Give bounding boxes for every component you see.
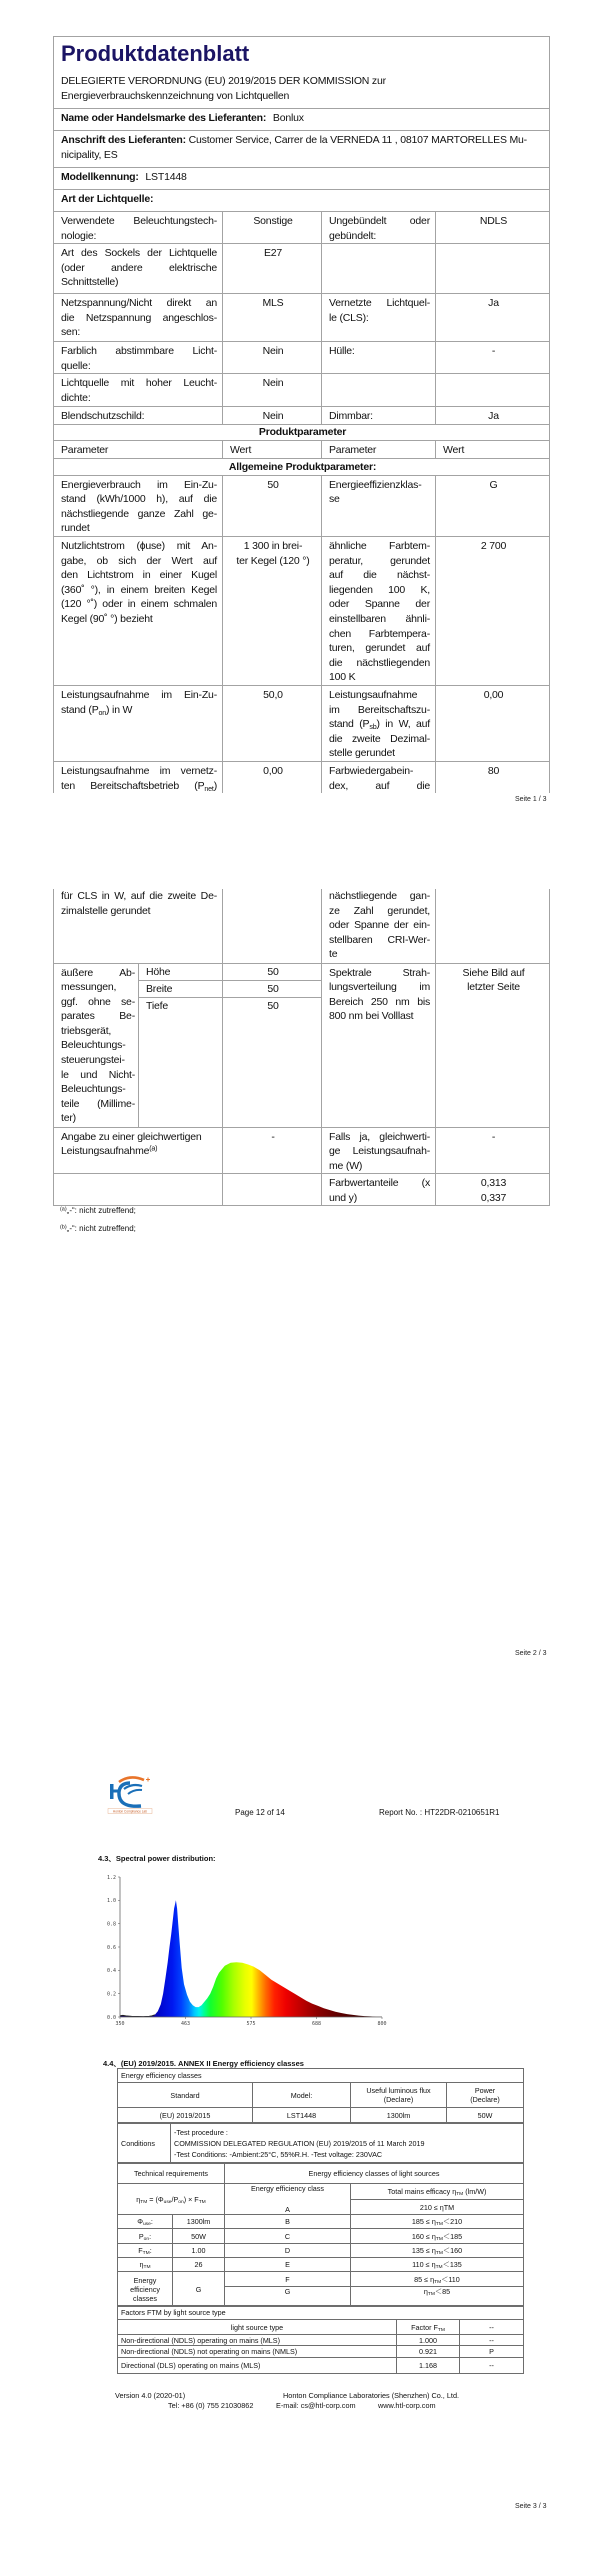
param-label: Leistungsaufnahme im Ein-Zu-stand (Pon) … — [54, 685, 223, 761]
honton-logo: Honton Compliance Lab — [106, 1773, 154, 1815]
footer-phone: Tel: +86 (0) 755 21030862 — [168, 2401, 253, 2410]
param-label — [322, 374, 436, 406]
param-label — [54, 1174, 223, 1206]
param-label: Farbwiedergabein-dex, auf die — [322, 761, 436, 793]
param-label — [322, 244, 436, 294]
class-letter: E — [225, 2258, 351, 2272]
footer-company: Honton Compliance Laboratories (Shenzhen… — [283, 2391, 459, 2400]
param-value — [223, 1174, 322, 1206]
param-label: Farblich abstimmbare Licht-quelle: — [54, 342, 223, 374]
x-tick-label: 575 — [246, 2021, 255, 2027]
efficacy-formula: ηTM = (Φuse/Pon) × FTM — [118, 2184, 225, 2215]
conditions-label: Conditions — [118, 2123, 171, 2164]
spectral-distribution-value: Siehe Bild aufletzter Seite — [436, 963, 550, 1127]
light-source-row: Lichtquelle mit hoher Leucht-dichte: Nei… — [54, 374, 550, 406]
param-value: 1 300 in brei-ter Kegel (120 °) — [223, 536, 322, 685]
ftm-factors-table: Factors FTM by light source type light s… — [117, 2305, 524, 2374]
param-label: nächstliegende gan-ze Zahl gerundet,oder… — [322, 889, 436, 963]
y-tick-label: 1.2 — [107, 1875, 116, 1881]
param-label: Farbwertanteile (xund y) — [322, 1174, 436, 1206]
y-tick-label: 1.0 — [107, 1898, 116, 1904]
param-label: Art des Sockels der Lichtquelle(oder and… — [54, 244, 223, 294]
table-row: Directional (DLS) operating on mains (ML… — [118, 2358, 524, 2374]
energy-efficiency-table: Energy efficiency classes Standard Model… — [117, 2068, 524, 2124]
dimensions-label: äußere Ab-messungen,ggf. ohne se-parates… — [54, 963, 139, 1127]
param-value: Nein — [223, 342, 322, 374]
param-label: ähnliche Farbtem-peratur, gerundetauf di… — [322, 536, 436, 685]
param-value: 2 700 — [436, 536, 550, 685]
param-value: - — [436, 342, 550, 374]
param-label: Netzspannung/Nicht direkt andie Netzspan… — [54, 294, 223, 342]
regulation-subtitle: DELEGIERTE VERORDNUNG (EU) 2019/2015 DER… — [61, 74, 544, 103]
logo-arc-icon — [119, 1777, 144, 1782]
class-range: 210 ≤ ηTM — [351, 2200, 524, 2215]
param-value: 50 — [223, 475, 322, 536]
param-value: E27 — [223, 244, 322, 294]
x-tick-label: 463 — [181, 2021, 190, 2027]
param-value: G — [436, 475, 550, 536]
model-id-label: Modellkennung: — [61, 171, 139, 183]
equivalent-power-row: Angabe zu einer gleichwertigenLeistungsa… — [54, 1127, 550, 1174]
result-label: Energyefficiencyclasses — [118, 2272, 173, 2307]
section-title-spectral: 4.3、Spectral power distribution: — [98, 1853, 216, 1864]
param-value: - — [223, 1127, 322, 1174]
measurement-value: 1.00 — [173, 2244, 225, 2258]
supplier-name-label: Name oder Handelsmarke des Lieferanten: — [61, 112, 266, 124]
param-value: Ja — [436, 406, 550, 424]
param-label: Blendschutzschild: — [54, 406, 223, 424]
measurement-value: 1300lm — [173, 2215, 225, 2229]
x-tick-label: 800 — [377, 2021, 386, 2027]
param-label: Energieeffizienzklas-se — [322, 475, 436, 536]
y-tick-label: 0.8 — [107, 1921, 116, 1927]
param-label: Energieverbrauch im Ein-Zu-stand (kWh/10… — [54, 475, 223, 536]
factor-value: 0.921 — [397, 2346, 460, 2358]
logo-swoosh — [124, 1785, 142, 1789]
document-viewer: Produktdatenblatt DELEGIERTE VERORDNUNG … — [0, 0, 603, 2560]
table-header-row: light source type Factor FTM -- — [118, 2320, 524, 2335]
param-value: Ja — [436, 294, 550, 342]
model-id-row: Modellkennung: LST1448 — [54, 168, 550, 190]
param-value: 50,0 — [223, 685, 322, 761]
spectrum-area — [120, 1900, 382, 2017]
factor-flag: -- — [460, 2335, 524, 2346]
measurement-label: Φuse: — [118, 2215, 173, 2229]
param-label: für CLS in W, auf die zweite De-zimalste… — [54, 889, 223, 963]
general-parameters-heading-row: Allgemeine Produktparameter: — [54, 458, 550, 475]
footnote: (a)„-“: nicht zutreffend; — [60, 1206, 136, 1215]
param-label: Angabe zu einer gleichwertigenLeistungsa… — [54, 1127, 223, 1174]
class-range: 85 ≤ ηTM＜110 — [351, 2272, 524, 2287]
logo-plus-icon — [146, 1778, 150, 1782]
dimension-name: Höhe — [139, 963, 223, 980]
dimension-value: 50 — [223, 963, 322, 980]
title-cell: Produktdatenblatt DELEGIERTE VERORDNUNG … — [54, 37, 550, 109]
light-source-type-heading: Art der Lichtquelle: — [54, 190, 550, 212]
factor-flag: -- — [460, 2358, 524, 2374]
light-source-row: Netzspannung/Nicht direkt andie Netzspan… — [54, 294, 550, 342]
result-class: G — [173, 2272, 225, 2307]
conditions-text: -Test procedure :COMMISSION DELEGATED RE… — [171, 2123, 524, 2164]
measurement-label: ηTM — [118, 2258, 173, 2272]
table-row: Energy efficiency classes — [118, 2069, 524, 2083]
column-header: light source type — [118, 2320, 397, 2335]
table-header-row: Standard Model: Useful luminous flux(Dec… — [118, 2083, 524, 2108]
light-source-row: Farblich abstimmbare Licht-quelle: Nein … — [54, 342, 550, 374]
param-label: Leistungsaufnahme im vernetz-ten Bereits… — [54, 761, 223, 793]
param-label: Verwendete Beleuchtungstech-nologie: — [54, 212, 223, 244]
class-column-header: Energy efficiency class — [225, 2184, 351, 2200]
supplier-name-row: Name oder Handelsmarke des Lieferanten: … — [54, 109, 550, 131]
factor-value: 1.168 — [397, 2358, 460, 2374]
param-label: Dimmbar: — [322, 406, 436, 424]
param-label: Hülle: — [322, 342, 436, 374]
light-source-row: Verwendete Beleuchtungstech-nologie: Son… — [54, 212, 550, 244]
page-number: Seite 2 / 3 — [515, 1650, 547, 1657]
measurement-label: Pon: — [118, 2229, 173, 2244]
dimension-value: 50 — [223, 980, 322, 997]
param-value: 0,00 — [223, 761, 322, 793]
measurement-value: 50W — [173, 2229, 225, 2244]
column-header: Wert — [436, 440, 550, 458]
class-letter: D — [225, 2244, 351, 2258]
dimension-name: Breite — [139, 980, 223, 997]
parameter-header-row: Parameter Wert Parameter Wert — [54, 440, 550, 458]
param-value: - — [436, 1127, 550, 1174]
logo-swoosh — [128, 1790, 142, 1794]
param-value: 0,3130,337 — [436, 1174, 550, 1206]
general-parameters-heading: Allgemeine Produktparameter: — [54, 458, 550, 475]
y-tick-label: 0.4 — [107, 1968, 116, 1974]
class-row: FTM: 1.00 D 135 ≤ ηTM＜160 — [118, 2244, 524, 2258]
page-title: Produktdatenblatt — [61, 40, 544, 68]
footer-version: Version 4.0 (2020-01) — [115, 2391, 185, 2400]
tech-req-label: Technical requirements — [118, 2163, 225, 2184]
column-header: Factor FTM — [397, 2320, 460, 2335]
class-row: Energyefficiencyclasses G F 85 ≤ ηTM＜110 — [118, 2272, 524, 2287]
class-letter: F — [225, 2272, 351, 2287]
technical-requirements-table: Technical requirements Energy efficiency… — [117, 2162, 524, 2307]
y-tick-label: 0.2 — [107, 1991, 116, 1997]
param-label: Lichtquelle mit hoher Leucht-dichte: — [54, 374, 223, 406]
dimensions-row: äußere Ab-messungen,ggf. ohne se-parates… — [54, 963, 550, 980]
param-label: Nutzlichtstrom (ɸuse) mit An-gabe, ob si… — [54, 536, 223, 685]
param-value: 0,00 — [436, 685, 550, 761]
light-source-type: Non-directional (NDLS) operating on main… — [118, 2335, 397, 2346]
table-row: Non-directional (NDLS) not operating on … — [118, 2346, 524, 2358]
logo-text: Honton Compliance Lab — [113, 1809, 147, 1813]
supplier-address-row: Anschrift des Lieferanten: Customer Serv… — [54, 131, 550, 168]
table-row: ηTM = (Φuse/Pon) × FTM Energy efficiency… — [118, 2184, 524, 2200]
model-id-cell: Modellkennung: LST1448 — [54, 168, 550, 190]
measurement-value: 26 — [173, 2258, 225, 2272]
table-row: Non-directional (NDLS) operating on main… — [118, 2335, 524, 2346]
param-label: Vernetzte Lichtquel-le (CLS): — [322, 294, 436, 342]
general-parameter-row: Nutzlichtstrom (ɸuse) mit An-gabe, ob si… — [54, 536, 550, 685]
class-row: Φuse: 1300lm B 185 ≤ ηTM＜210 — [118, 2215, 524, 2229]
efficacy-column-header: Total mains efficacy ηTM (lm/W) — [351, 2184, 524, 2200]
supplier-address-label: Anschrift des Lieferanten: — [61, 134, 186, 146]
title-row: Produktdatenblatt DELEGIERTE VERORDNUNG … — [54, 37, 550, 109]
spectral-distribution-label: Spektrale Strah-lungsverteilung imBereic… — [322, 963, 436, 1127]
column-header: Parameter — [54, 440, 223, 458]
column-header: Useful luminous flux(Declare) — [351, 2083, 447, 2108]
param-value — [436, 244, 550, 294]
class-row: Pon: 50W C 160 ≤ ηTM＜185 — [118, 2229, 524, 2244]
y-tick-label: 0.0 — [107, 2015, 116, 2021]
param-value: Nein — [223, 406, 322, 424]
column-header: Wert — [223, 440, 322, 458]
product-datasheet-table: Produktdatenblatt DELEGIERTE VERORDNUNG … — [53, 36, 550, 793]
product-parameters-heading: Produktparameter — [54, 424, 550, 440]
y-tick-label: 0.6 — [107, 1945, 116, 1951]
light-source-type: Directional (DLS) operating on mains (ML… — [118, 2358, 397, 2374]
product-datasheet-table-continued: für CLS in W, auf die zweite De-zimalste… — [53, 889, 550, 1206]
factor-flag: P — [460, 2346, 524, 2358]
conditions-table: Conditions -Test procedure :COMMISSION D… — [117, 2122, 524, 2164]
light-source-type-heading-row: Art der Lichtquelle: — [54, 190, 550, 212]
factors-caption: Factors FTM by light source type — [118, 2306, 524, 2320]
table-caption: Energy efficiency classes — [118, 2069, 524, 2083]
general-parameter-row: Leistungsaufnahme im Ein-Zu-stand (Pon) … — [54, 685, 550, 761]
param-label: Ungebündelt odergebündelt: — [322, 212, 436, 244]
class-letter: B — [225, 2215, 351, 2229]
footer-website: www.htl-corp.com — [378, 2401, 436, 2410]
spectral-power-distribution-chart: 0.00.20.40.60.81.01.2350463575688800 — [95, 1870, 395, 2035]
column-header: Standard — [118, 2083, 253, 2108]
column-header: Parameter — [322, 440, 436, 458]
table-row: Factors FTM by light source type — [118, 2306, 524, 2320]
measurement-label: FTM: — [118, 2244, 173, 2258]
product-parameters-heading-row: Produktparameter — [54, 424, 550, 440]
column-header: -- — [460, 2320, 524, 2335]
param-value: Sonstige — [223, 212, 322, 244]
footer-email: E-mail: cs@htl-corp.com — [276, 2401, 356, 2410]
general-parameter-row: Leistungsaufnahme im vernetz-ten Bereits… — [54, 761, 550, 793]
supplier-name-value: Bonlux — [273, 112, 304, 124]
chromaticity-row: Farbwertanteile (xund y) 0,3130,337 — [54, 1174, 550, 1206]
light-source-type: Non-directional (NDLS) not operating on … — [118, 2346, 397, 2358]
param-value — [223, 889, 322, 963]
factor-value: 1.000 — [397, 2335, 460, 2346]
table-header-row: Technical requirements Energy efficiency… — [118, 2163, 524, 2184]
class-row: ηTM 26 E 110 ≤ ηTM＜135 — [118, 2258, 524, 2272]
class-range: 110 ≤ ηTM＜135 — [351, 2258, 524, 2272]
param-value: 80 — [436, 761, 550, 793]
param-value — [436, 889, 550, 963]
page-number: Seite 1 / 3 — [515, 796, 547, 803]
param-label: Leistungsaufnahmeim Bereitschaftszu-stan… — [322, 685, 436, 761]
dimension-name: Tiefe — [139, 997, 223, 1127]
report-page-indicator: Page 12 of 14 — [235, 1808, 285, 1817]
x-tick-label: 350 — [115, 2021, 124, 2027]
param-label: Falls ja, gleichwerti-ge Leistungsaufnah… — [322, 1127, 436, 1174]
class-range: 135 ≤ ηTM＜160 — [351, 2244, 524, 2258]
classes-heading: Energy efficiency classes of light sourc… — [225, 2163, 524, 2184]
param-value: Nein — [223, 374, 322, 406]
table-row: Conditions -Test procedure :COMMISSION D… — [118, 2123, 524, 2164]
column-header: Model: — [253, 2083, 351, 2108]
param-value: MLS — [223, 294, 322, 342]
page-number: Seite 3 / 3 — [515, 2503, 547, 2510]
general-parameter-row: für CLS in W, auf die zweite De-zimalste… — [54, 889, 550, 963]
general-parameter-row: Energieverbrauch im Ein-Zu-stand (kWh/10… — [54, 475, 550, 536]
param-value: NDLS — [436, 212, 550, 244]
class-letter: G — [225, 2287, 351, 2307]
light-source-row: Blendschutzschild: Nein Dimmbar: Ja — [54, 406, 550, 424]
class-letter: C — [225, 2229, 351, 2244]
param-value — [436, 374, 550, 406]
supplier-address-cell: Anschrift des Lieferanten: Customer Serv… — [54, 131, 550, 168]
footnote: (b)„-“: nicht zutreffend; — [60, 1224, 136, 1233]
light-source-row: Art des Sockels der Lichtquelle(oder and… — [54, 244, 550, 294]
report-number: Report No. : HT22DR-0210651R1 — [379, 1808, 500, 1817]
class-range: ηTM＜85 — [351, 2287, 524, 2307]
dimension-value: 50 — [223, 997, 322, 1127]
model-id-value: LST1448 — [145, 171, 186, 183]
class-range: 160 ≤ ηTM＜185 — [351, 2229, 524, 2244]
x-tick-label: 688 — [312, 2021, 321, 2027]
column-header: Power(Declare) — [447, 2083, 524, 2108]
supplier-name-cell: Name oder Handelsmarke des Lieferanten: … — [54, 109, 550, 131]
class-letter: A — [225, 2200, 351, 2215]
class-range: 185 ≤ ηTM＜210 — [351, 2215, 524, 2229]
